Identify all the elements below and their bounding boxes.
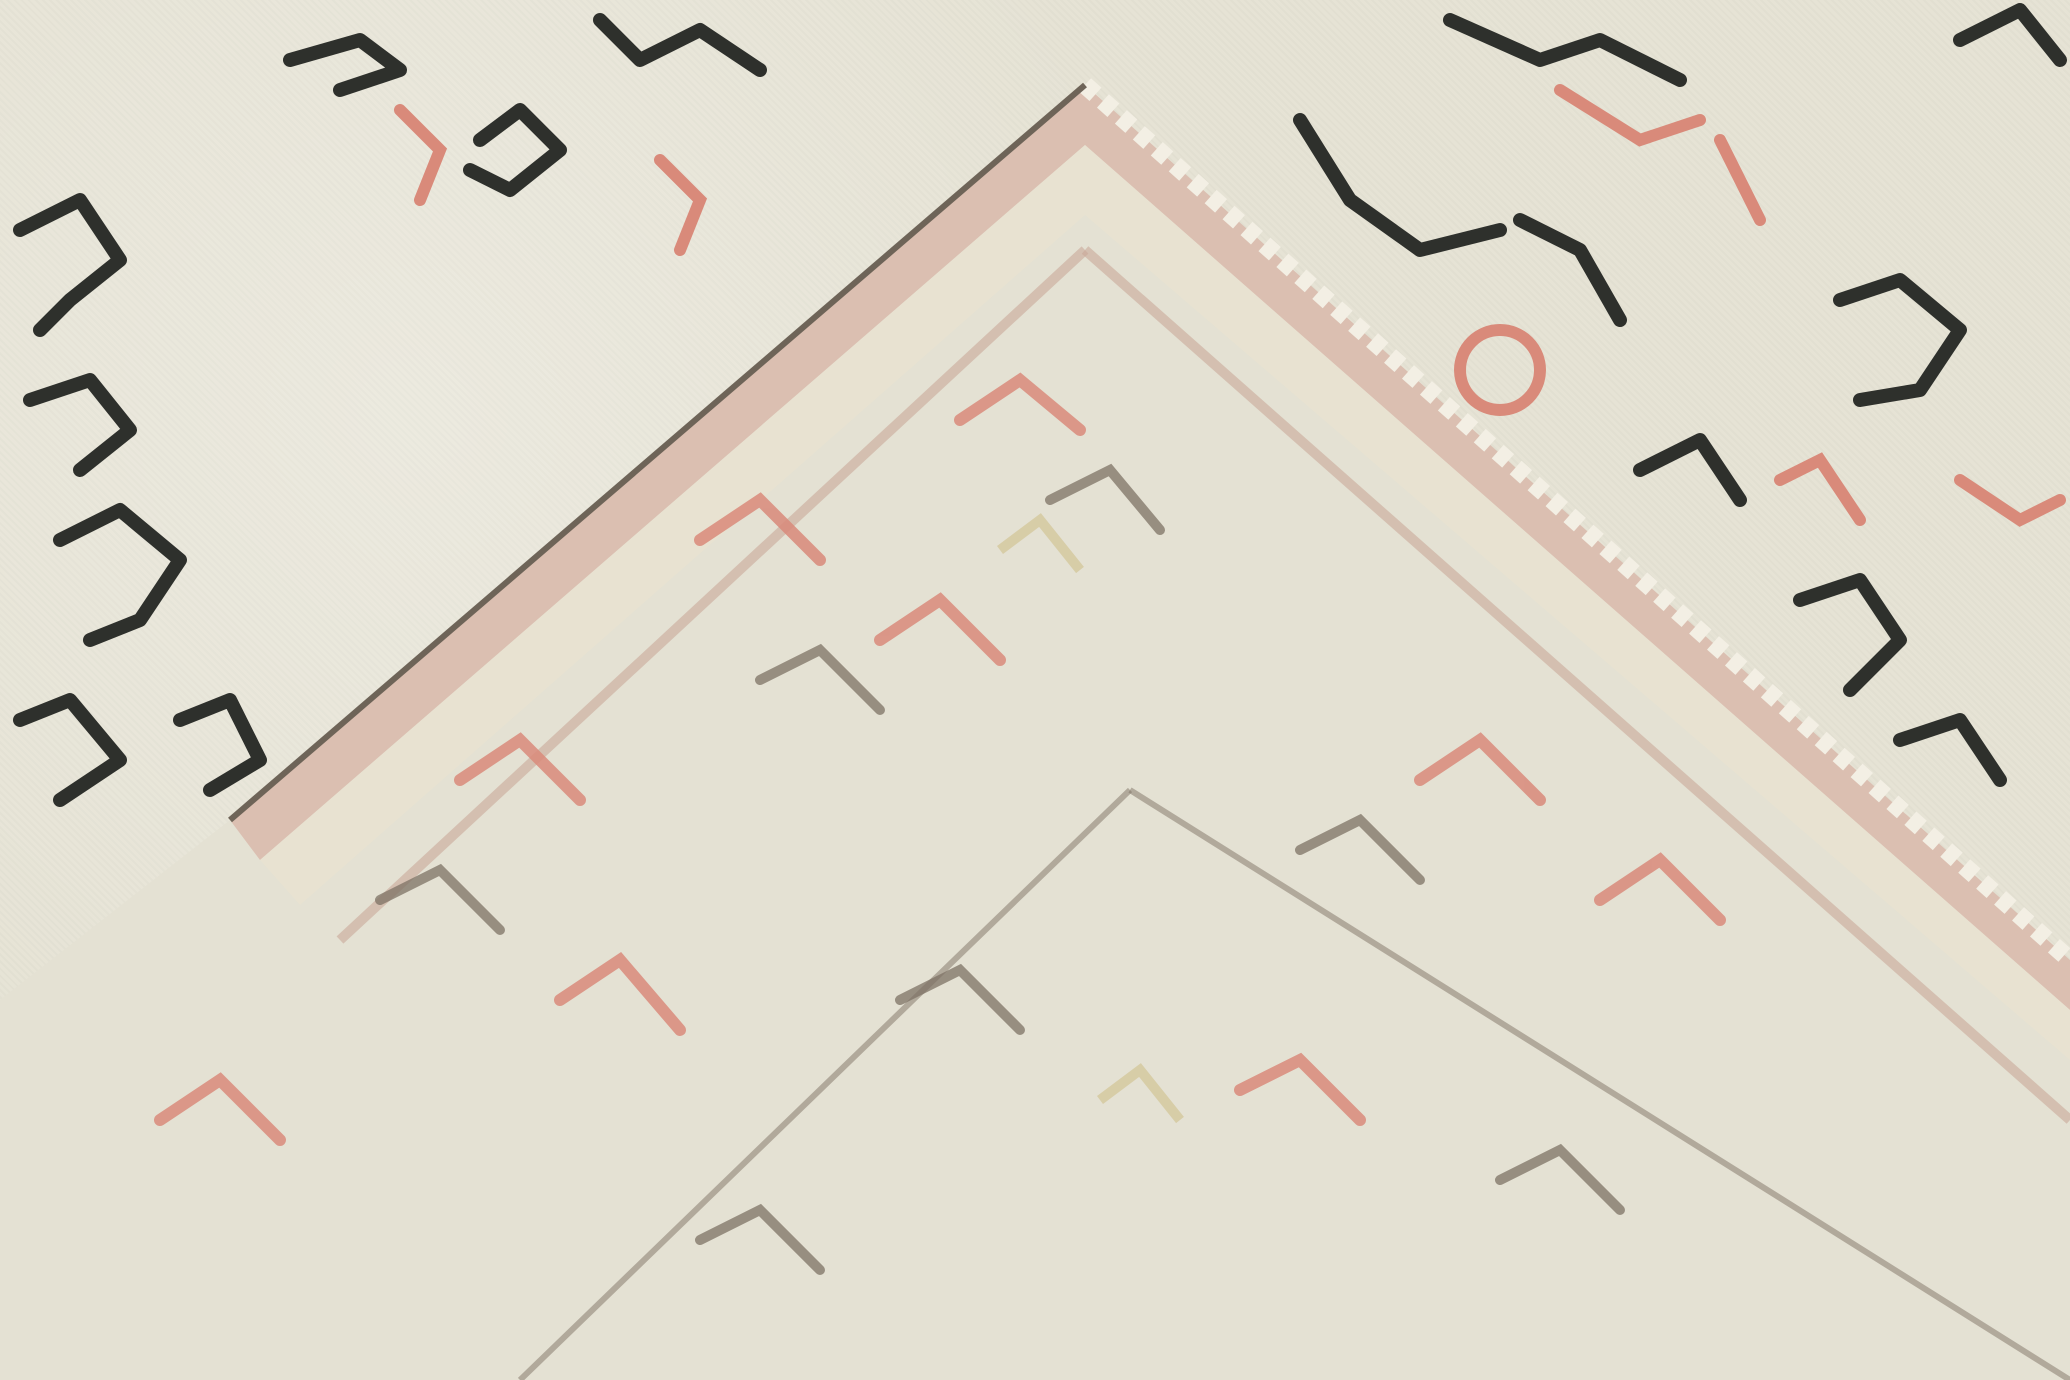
rug-motifs bbox=[0, 0, 2070, 1380]
rug-back-folded-corner bbox=[0, 85, 2070, 1380]
rug-photo bbox=[0, 0, 2070, 1380]
